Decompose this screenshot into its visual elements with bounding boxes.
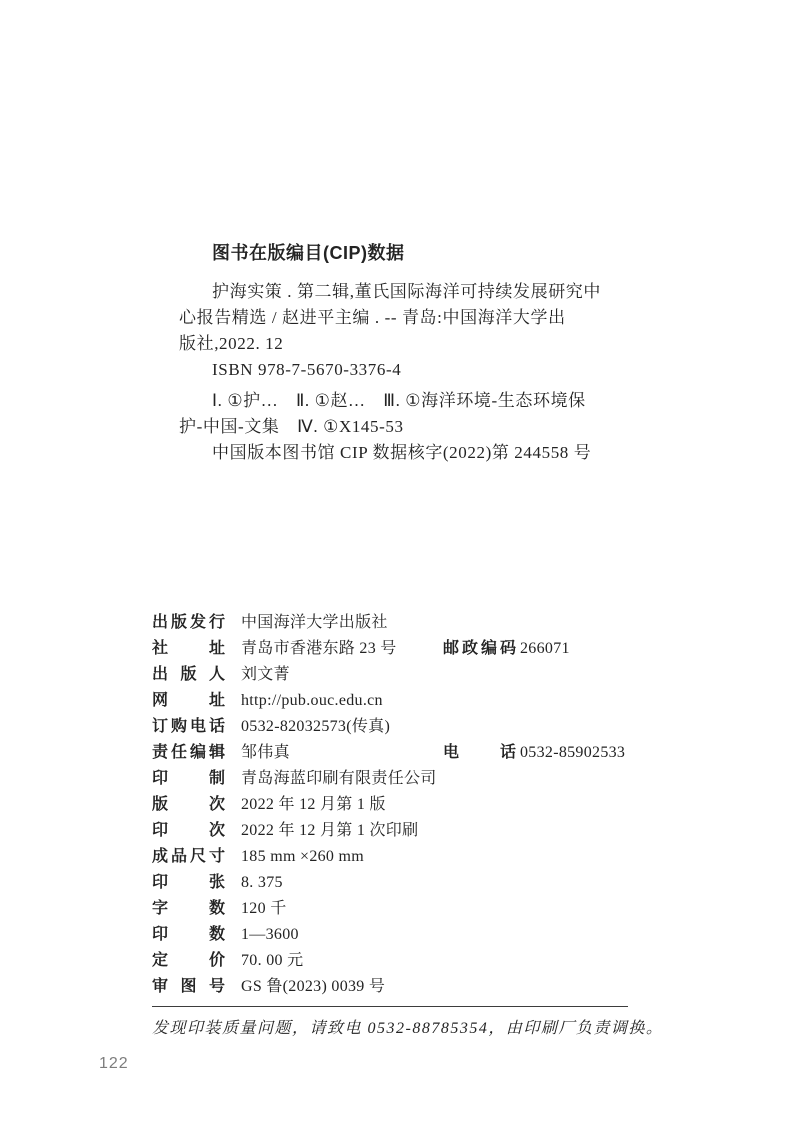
pub-row-label: 字数 — [152, 896, 225, 922]
colophon-page: 图书在版编目(CIP)数据 护海实策 . 第二辑,董氏国际海洋可持续发展研究中 … — [0, 0, 799, 1124]
pub-row-value: 1—3600 — [241, 926, 299, 943]
pub-row-value: 刘文菁 — [241, 666, 290, 683]
pub-row-value: 120 千 — [241, 900, 287, 917]
divider-rule — [152, 1006, 628, 1007]
postcode-value: 266071 — [520, 636, 570, 662]
pub-row-value: 185 mm ×260 mm — [241, 848, 364, 865]
pub-row-size: 成品尺寸 185 mm ×260 mm — [152, 844, 437, 870]
pub-row-label: 订购电话 — [152, 714, 225, 740]
phone-value: 0532-85902533 — [520, 740, 625, 766]
pub-row-value: 0532-82032573(传真) — [241, 718, 390, 735]
pub-row-word-count: 字数 120 千 — [152, 896, 437, 922]
pub-row-value: 青岛海蓝印刷有限责任公司 — [241, 770, 437, 787]
pub-row-map-approval: 审图号 GS 鲁(2023) 0039 号 — [152, 974, 437, 1000]
cip-block: 图书在版编目(CIP)数据 护海实策 . 第二辑,董氏国际海洋可持续发展研究中 … — [179, 240, 601, 466]
pub-row-value: 青岛市香港东路 23 号 — [241, 640, 397, 657]
pub-row-website: 网址 http://pub.ouc.edu.cn — [152, 688, 437, 714]
pub-row-impression: 印次 2022 年 12 月第 1 次印刷 — [152, 818, 437, 844]
pub-row-label: 印数 — [152, 922, 225, 948]
pub-row-price: 定价 70. 00 元 — [152, 948, 437, 974]
pub-row-label: 印张 — [152, 870, 225, 896]
pub-row-value: GS 鲁(2023) 0039 号 — [241, 978, 385, 995]
cip-line: 护海实策 . 第二辑,董氏国际海洋可持续发展研究中 — [212, 279, 601, 305]
pub-row-label: 印次 — [152, 818, 225, 844]
pub-row-print-run: 印数 1—3600 — [152, 922, 437, 948]
pub-row-address: 社址 青岛市香港东路 23 号 邮政编码 266071 — [152, 636, 437, 662]
cip-classification-line: 护-中国-文集 Ⅳ. ①X145-53 — [179, 414, 601, 440]
pub-row-value: 邹伟真 — [241, 744, 290, 761]
pub-row-label: 版次 — [152, 792, 225, 818]
pub-row-publisher: 出版发行 中国海洋大学出版社 — [152, 610, 437, 636]
pub-row-edition: 版次 2022 年 12 月第 1 版 — [152, 792, 437, 818]
cip-classification-line: Ⅰ. ①护… Ⅱ. ①赵… Ⅲ. ①海洋环境-生态环境保 — [212, 388, 601, 414]
pub-row-label: 审图号 — [152, 974, 225, 1000]
cip-isbn-line: ISBN 978-7-5670-3376-4 — [212, 357, 601, 383]
pub-row-value: 8. 375 — [241, 874, 283, 891]
publication-info: 出版发行 中国海洋大学出版社 社址 青岛市香港东路 23 号 邮政编码 2660… — [152, 610, 437, 1000]
pub-row-label: 出版人 — [152, 662, 225, 688]
pub-row-value: 2022 年 12 月第 1 次印刷 — [241, 822, 418, 839]
postcode-label: 邮政编码 — [443, 636, 516, 662]
cip-header: 图书在版编目(CIP)数据 — [212, 240, 601, 266]
pub-row-editor: 责任编辑 邹伟真 电话 0532-85902533 — [152, 740, 437, 766]
pub-row-value: 2022 年 12 月第 1 版 — [241, 796, 386, 813]
pub-row-printer: 印制 青岛海蓝印刷有限责任公司 — [152, 766, 437, 792]
cip-line: 心报告精选 / 赵进平主编 . -- 青岛:中国海洋大学出 — [179, 305, 601, 331]
website-url: http://pub.ouc.edu.cn — [241, 692, 383, 709]
pub-row-publisher-person: 出版人 刘文菁 — [152, 662, 437, 688]
pub-row-sheets: 印张 8. 375 — [152, 870, 437, 896]
pub-row-order-phone: 订购电话 0532-82032573(传真) — [152, 714, 437, 740]
pub-row-label: 网址 — [152, 688, 225, 714]
pub-row-label: 社址 — [152, 636, 225, 662]
cip-record-number-line: 中国版本图书馆 CIP 数据核字(2022)第 244558 号 — [212, 440, 601, 466]
pub-row-label: 成品尺寸 — [152, 844, 225, 870]
phone-label: 电话 — [443, 740, 516, 766]
pub-row-label: 责任编辑 — [152, 740, 225, 766]
pub-row-label: 定价 — [152, 948, 225, 974]
pub-row-label: 印制 — [152, 766, 225, 792]
pub-row-label: 出版发行 — [152, 610, 225, 636]
page-number: 122 — [99, 1056, 129, 1072]
cip-line: 版社,2022. 12 — [179, 331, 601, 357]
print-quality-note: 发现印装质量问题，请致电 0532-88785354，由印刷厂负责调换。 — [152, 1016, 663, 1042]
pub-row-value: 中国海洋大学出版社 — [241, 614, 388, 631]
pub-row-value: 70. 00 元 — [241, 952, 303, 969]
